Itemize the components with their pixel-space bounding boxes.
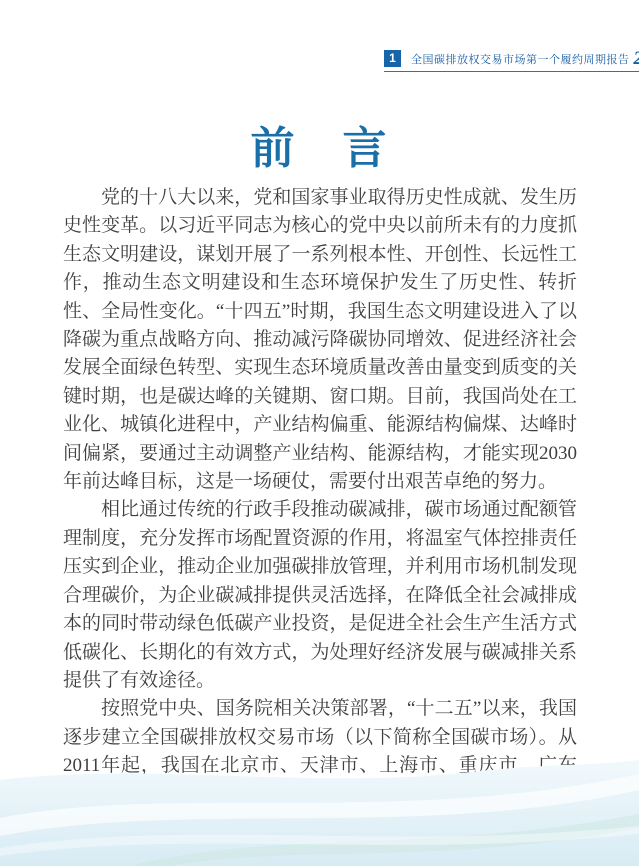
preface-body: 党的十八大以来，党和国家事业取得历史性成就、发生历史性变革。以习近平同志为核心的… [63, 184, 577, 866]
running-header: 1 全国碳排放权交易市场第一个履约周期报告 2022 [384, 50, 639, 72]
preface-paragraph-1: 党的十八大以来，党和国家事业取得历史性成就、发生历史性变革。以习近平同志为核心的… [63, 184, 577, 496]
report-page: 1 全国碳排放权交易市场第一个履约周期报告 2022 前 言 党的十八大以来，党… [0, 0, 639, 866]
page-number-badge: 1 [384, 50, 401, 67]
preface-paragraph-3: 按照党中央、国务院相关决策部署，“十二五”以来，我国逐步建立全国碳排放权交易市场… [63, 695, 577, 865]
running-report-title: 全国碳排放权交易市场第一个履约周期报告 [411, 51, 630, 67]
running-report-year: 2022 [634, 50, 639, 67]
preface-paragraph-2: 相比通过传统的行政手段推动碳减排，碳市场通过配额管理制度，充分发挥市场配置资源的… [63, 496, 577, 695]
section-title-preface: 前 言 [0, 112, 639, 176]
